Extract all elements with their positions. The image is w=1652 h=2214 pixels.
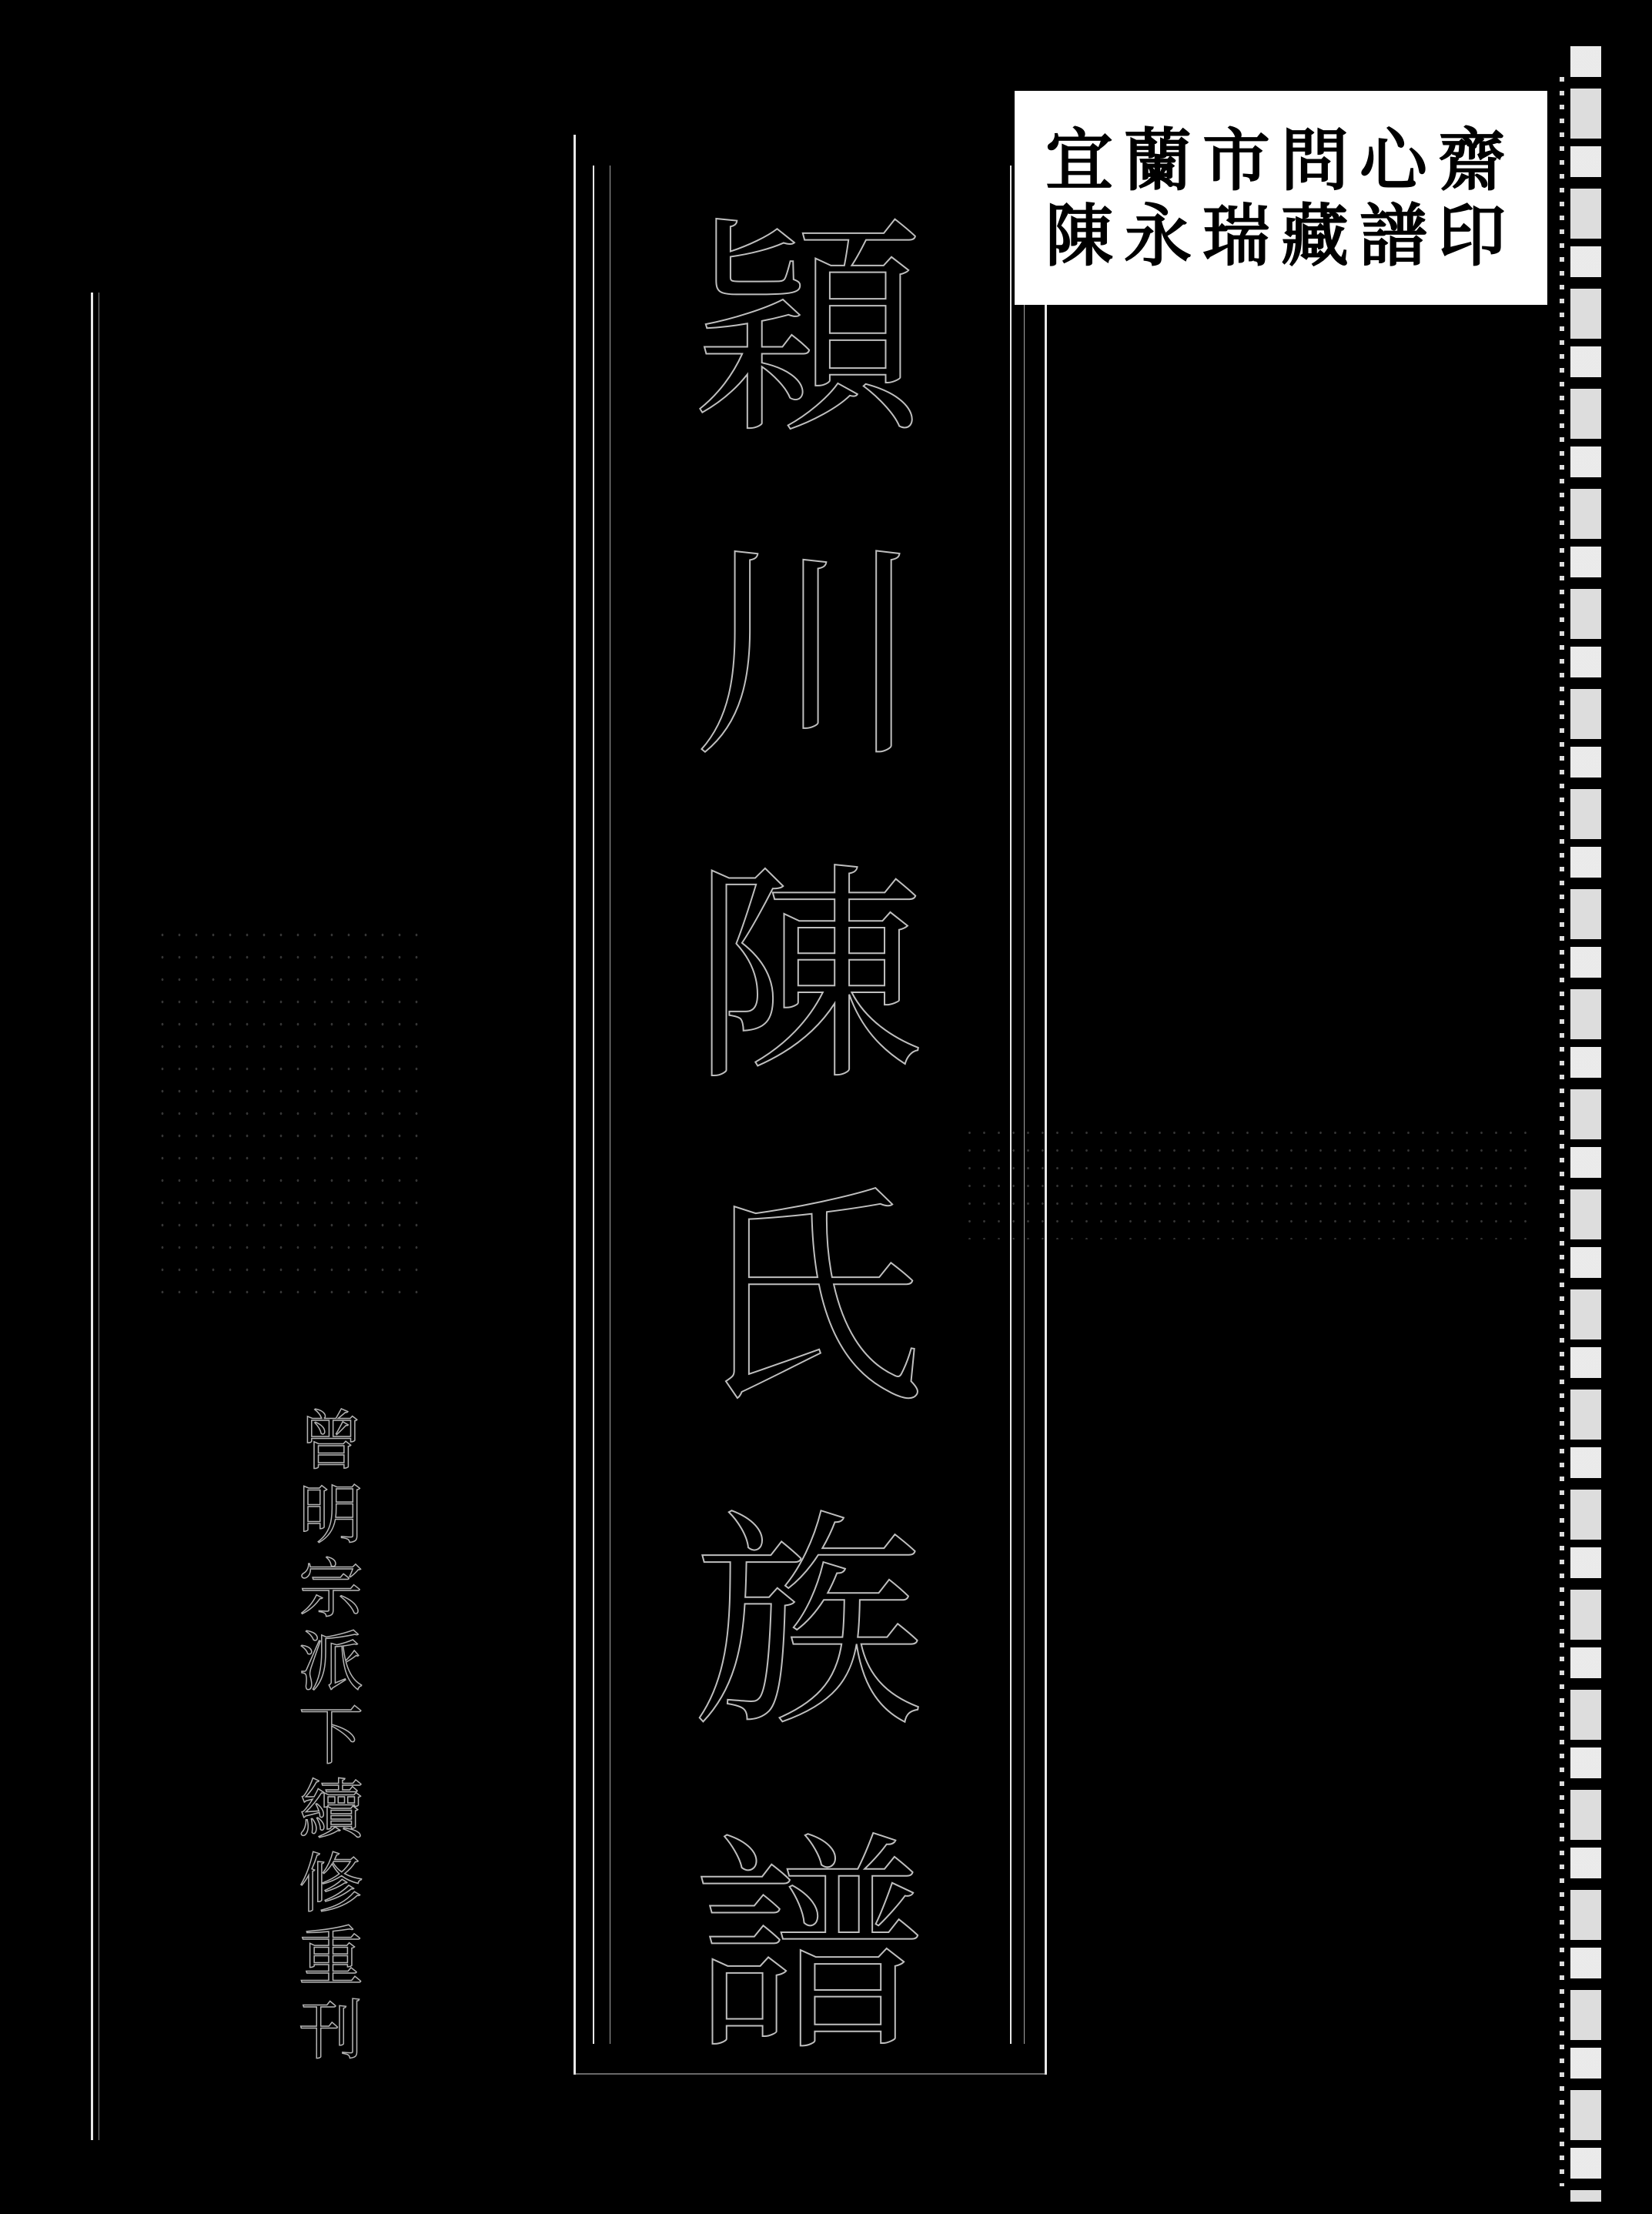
- subtitle-char: 重: [299, 1925, 363, 1989]
- subtitle-char: 明: [299, 1483, 363, 1547]
- title-char: 川: [693, 539, 924, 770]
- title-char: 穎: [693, 216, 924, 446]
- spine-stitch-marks: [1560, 77, 1564, 2186]
- main-title-vertical: 穎 川 陳 氏 族 譜: [647, 216, 970, 2063]
- scanned-page: 宜蘭市問心齋 陳永瑞藏譜印 穎 川 陳 氏 族 譜 曾 明 宗 派 下 續 修 …: [0, 0, 1652, 2214]
- bleed-through-text-right: [962, 1124, 1532, 1239]
- title-frame-right-inner: [1010, 166, 1012, 2044]
- bleed-through-text-left: [154, 924, 431, 1293]
- title-frame-right-inner2: [1024, 166, 1025, 2044]
- title-frame-left-inner: [593, 166, 594, 2044]
- title-char: 族: [693, 1509, 924, 1740]
- worn-spine-edge: [1570, 46, 1601, 2202]
- title-frame-left-outer: [574, 135, 576, 2075]
- subtitle-char: 宗: [299, 1557, 363, 1621]
- title-char: 氏: [693, 1186, 924, 1416]
- title-frame-left-inner2: [610, 166, 610, 2044]
- subtitle-char: 下: [299, 1704, 363, 1768]
- subtitle-vertical: 曾 明 宗 派 下 續 修 重 刊: [285, 1409, 377, 2063]
- left-border-line: [91, 293, 93, 2140]
- title-char: 譜: [693, 1832, 924, 2063]
- collector-stamp-label: 宜蘭市問心齋 陳永瑞藏譜印: [1015, 91, 1547, 305]
- title-char: 陳: [693, 862, 924, 1093]
- subtitle-char: 刊: [299, 1998, 363, 2063]
- stamp-line-1: 宜蘭市問心齋: [1045, 125, 1517, 196]
- stamp-line-2: 陳永瑞藏譜印: [1045, 200, 1517, 271]
- subtitle-char: 續: [299, 1778, 363, 1842]
- subtitle-char: 派: [299, 1630, 363, 1694]
- subtitle-char: 修: [299, 1851, 363, 1916]
- subtitle-char: 曾: [299, 1409, 363, 1473]
- left-border-line-inner: [99, 293, 99, 2140]
